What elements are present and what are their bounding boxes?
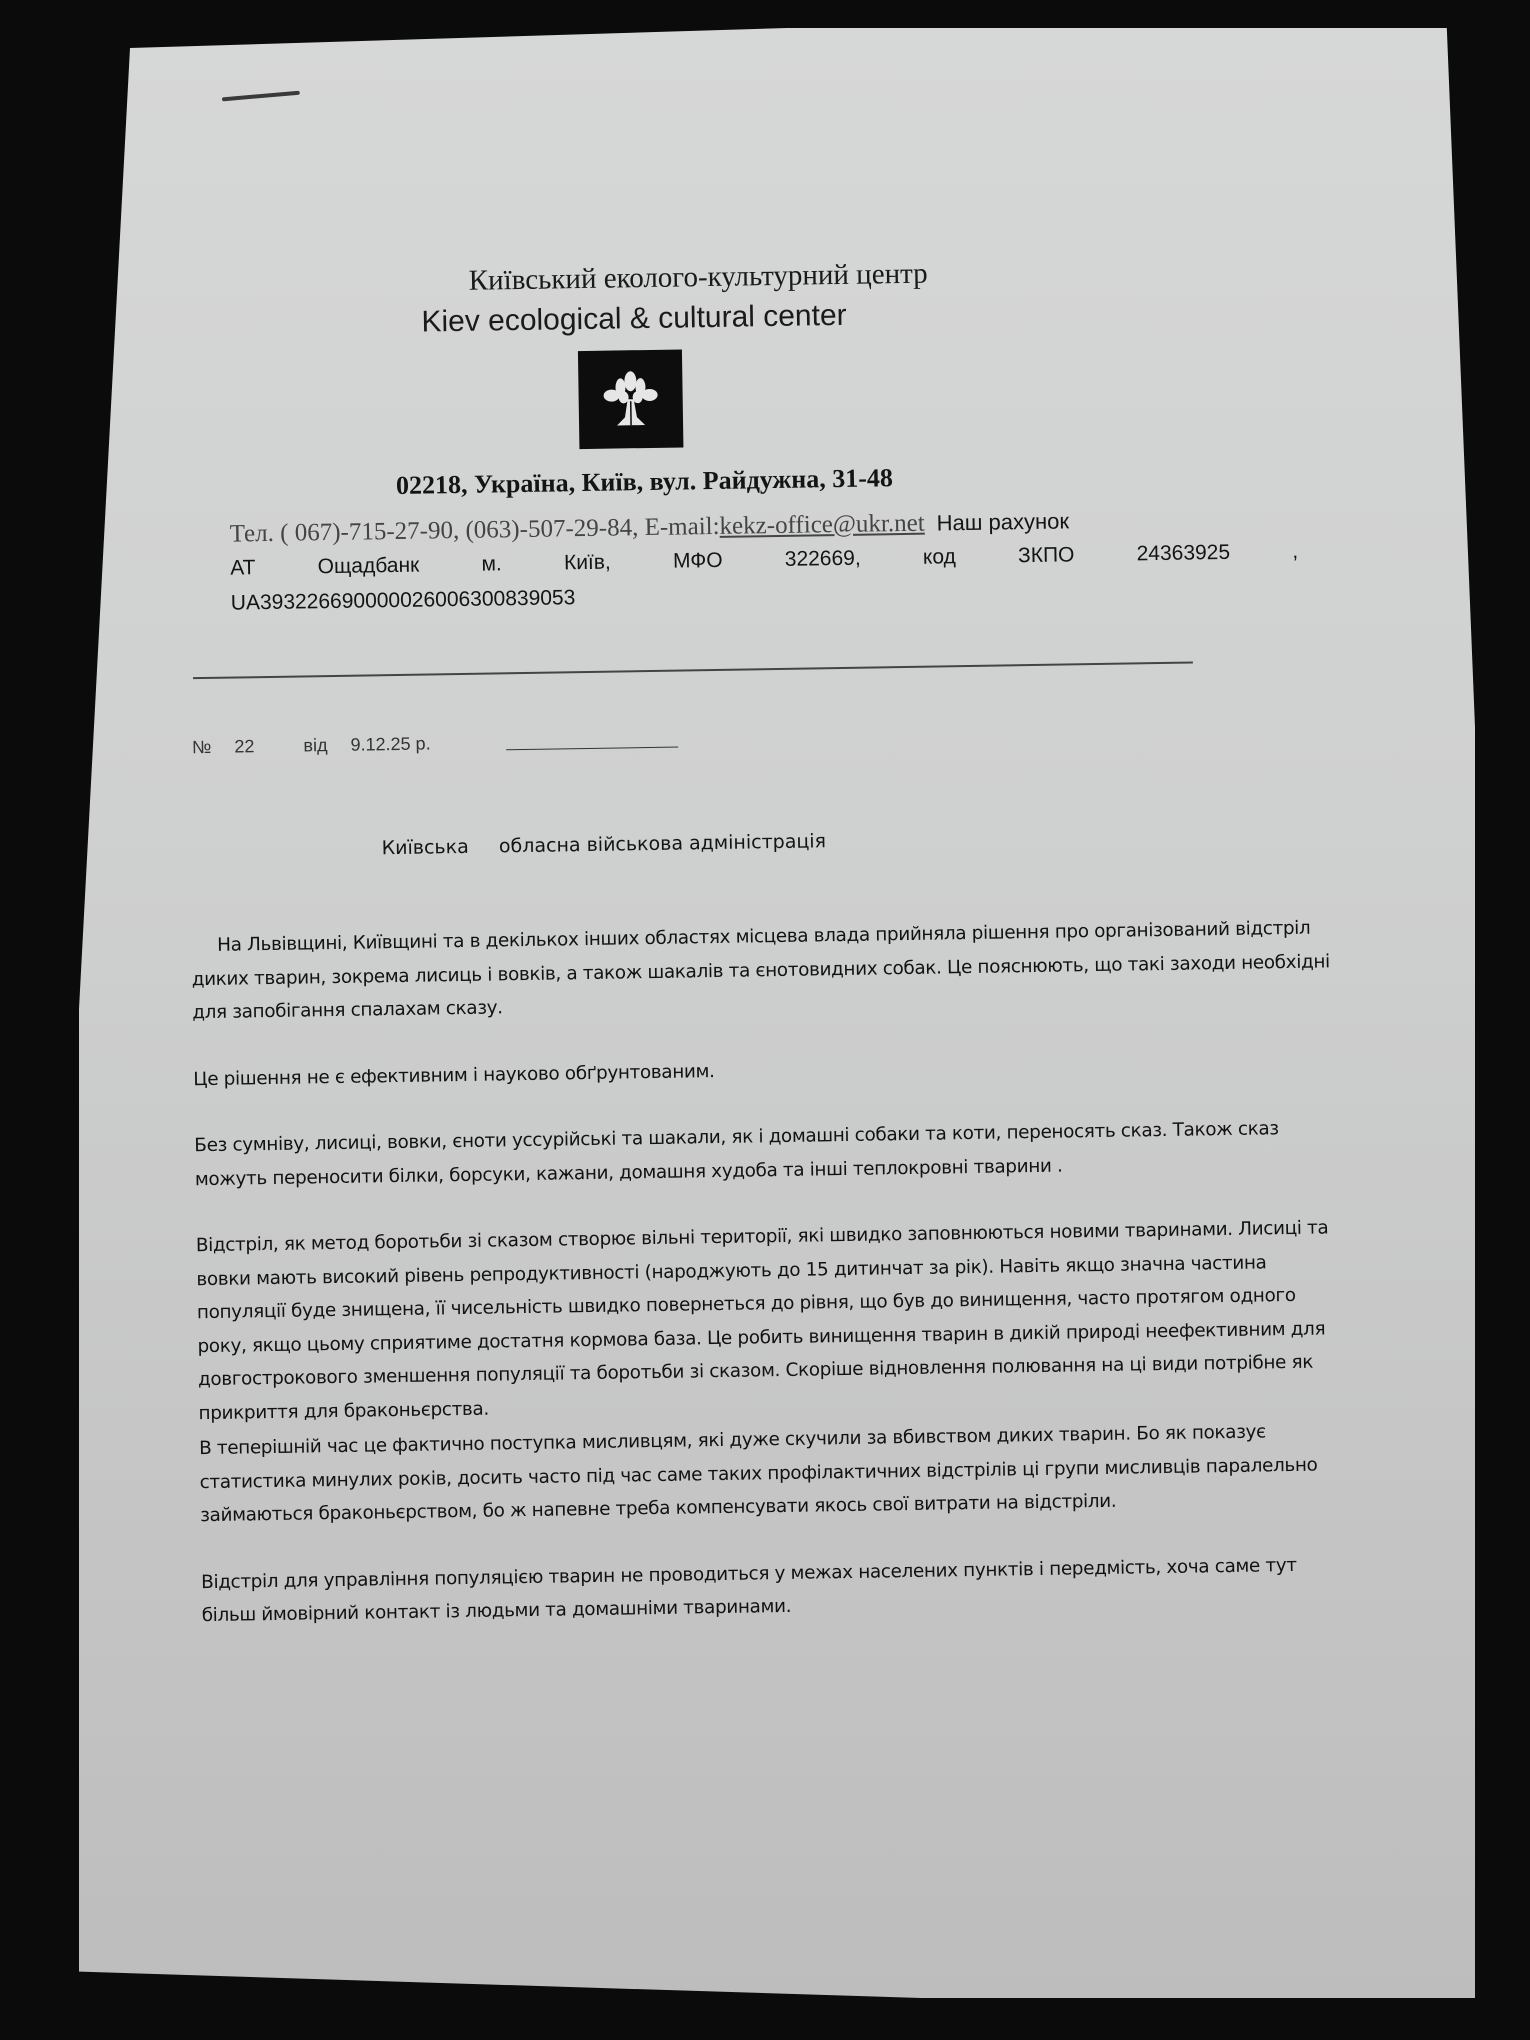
- bank-part: АТ: [230, 556, 256, 580]
- header-divider: [193, 661, 1193, 679]
- bank-part: Київ,: [564, 551, 611, 576]
- date-label: від: [303, 735, 327, 755]
- account-label: Наш рахунок: [936, 508, 1069, 535]
- org-name-en: Kiev ecological & cultural center: [421, 299, 847, 340]
- paper-sheet: Київський еколого-культурний центр Kiev …: [79, 28, 1475, 1998]
- iban: UA393226690000026006300839053: [231, 586, 576, 615]
- bank-part: 24363925: [1136, 541, 1230, 566]
- staple-mark: [222, 91, 300, 102]
- number-label: №: [192, 737, 212, 757]
- bank-part: 322669,: [785, 547, 861, 572]
- letter-body: На Львівщині, Київщині та в декількох ін…: [191, 911, 1342, 1665]
- contact-line: Тел. ( 067)-715-27-90, (063)-507-29-84, …: [230, 507, 1070, 548]
- org-address: 02218, Україна, Київ, вул. Райдужна, 31-…: [396, 463, 893, 501]
- document-reference: № 22 від 9.12.25 р.: [192, 733, 449, 758]
- bank-part: м.: [481, 552, 502, 576]
- bank-part: ,: [1292, 540, 1298, 564]
- phone-numbers: Тел. ( 067)-715-27-90, (063)-507-29-84, …: [230, 513, 720, 548]
- email-link[interactable]: kekz-office@ukr.net: [719, 510, 925, 540]
- tree-logo-icon: [578, 349, 684, 449]
- bank-part: МФО: [673, 549, 723, 574]
- bank-part: ЗКПО: [1018, 543, 1075, 568]
- bank-part: код: [923, 545, 956, 570]
- addressee: Київська обласна військова адміністрація: [382, 830, 827, 859]
- letter-content: Київський еколого-культурний центр Kiev …: [65, 17, 1492, 2009]
- paragraph: В теперішній час це фактично поступка ми…: [199, 1414, 1340, 1532]
- bank-part: Ощадбанк: [318, 554, 420, 580]
- document-date: 9.12.25 р.: [350, 733, 430, 754]
- org-name-ua: Київський еколого-культурний центр: [469, 258, 928, 298]
- paragraph: На Львівщині, Київщині та в декількох ін…: [191, 911, 1332, 1029]
- paragraph: Відстріл, як метод боротьби зі сказом ст…: [196, 1211, 1339, 1430]
- paragraph: Це рішення не є ефективним і науково обґ…: [193, 1045, 1333, 1096]
- document-number: 22: [234, 736, 254, 756]
- paragraph: Без сумніву, лисиці, вовки, єноти уссурі…: [194, 1111, 1335, 1196]
- signature-line: [506, 747, 678, 751]
- paragraph: Відстріл для управління популяцією твари…: [201, 1548, 1342, 1633]
